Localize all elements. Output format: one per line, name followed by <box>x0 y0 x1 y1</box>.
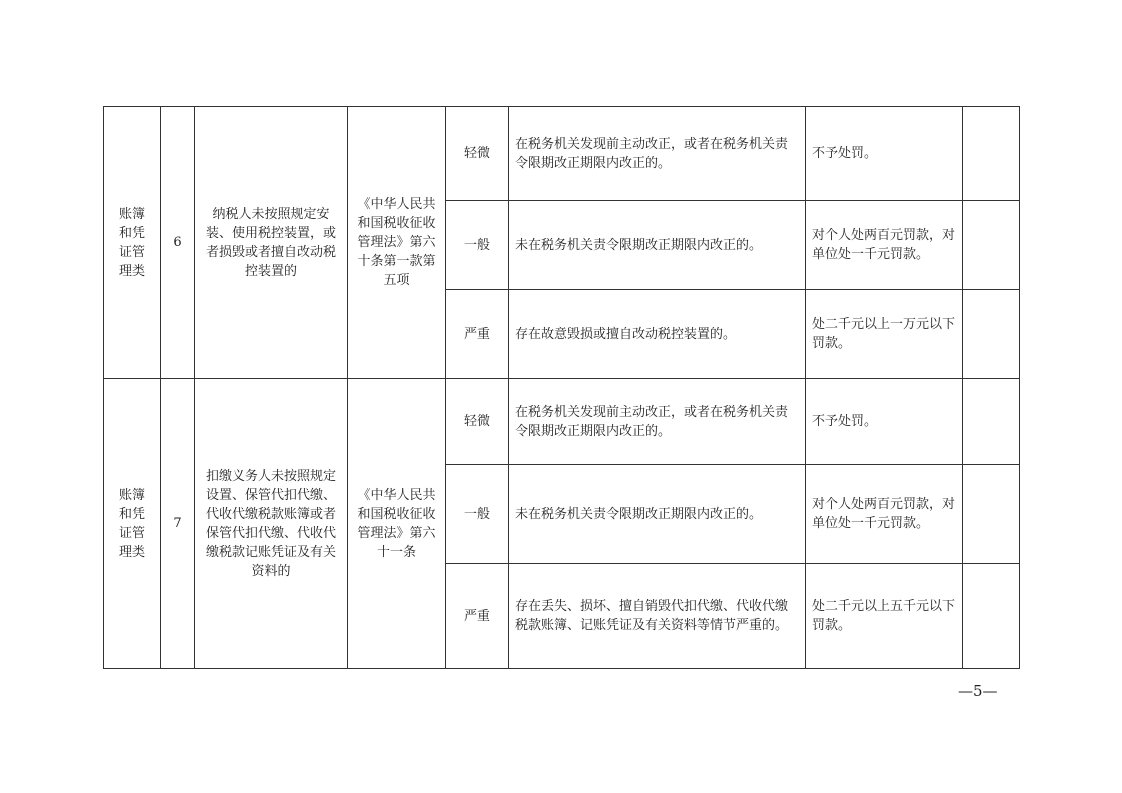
severity-condition: 在税务机关发现前主动改正，或者在税务机关责令限期改正期限内改正的。 <box>509 107 806 201</box>
table-row: 账簿 和凭 证管 理类 6 纳税人未按照规定安装、使用税控装置，或者损毁或者擅自… <box>104 107 1020 201</box>
note-cell <box>963 379 1020 465</box>
page-number: —5— <box>958 682 998 700</box>
note-cell <box>963 564 1020 669</box>
legal-basis: 《中华人民共和国税收征收管理法》第六十条第一款第五项 <box>348 107 446 379</box>
legal-basis: 《中华人民共和国税收征收管理法》第六十一条 <box>348 379 446 669</box>
severity-level: 轻微 <box>446 107 509 201</box>
severity-condition: 存在故意毁损或擅自改动税控装置的。 <box>509 290 806 379</box>
item-number: 6 <box>161 107 195 379</box>
penalty-standard: 对个人处两百元罚款，对单位处一千元罚款。 <box>806 465 963 564</box>
table-row: 账簿 和凭 证管 理类 7 扣缴义务人未按照规定设置、保管代扣代缴、代收代缴税款… <box>104 379 1020 465</box>
severity-level: 一般 <box>446 201 509 290</box>
severity-level: 严重 <box>446 564 509 669</box>
severity-condition: 存在丢失、损坏、擅自销毁代扣代缴、代收代缴税款账簿、记账凭证及有关资料等情节严重… <box>509 564 806 669</box>
note-cell <box>963 290 1020 379</box>
violation-description: 扣缴义务人未按照规定设置、保管代扣代缴、代收代缴税款账簿或者保管代扣代缴、代收代… <box>195 379 348 669</box>
severity-condition: 未在税务机关责令限期改正期限内改正的。 <box>509 201 806 290</box>
note-cell <box>963 107 1020 201</box>
penalty-standards-table: 账簿 和凭 证管 理类 6 纳税人未按照规定安装、使用税控装置，或者损毁或者擅自… <box>103 106 1020 669</box>
category-cell: 账簿 和凭 证管 理类 <box>104 107 161 379</box>
penalty-standard: 处二千元以上五千元以下罚款。 <box>806 564 963 669</box>
penalty-standard: 不予处罚。 <box>806 379 963 465</box>
penalty-standard: 不予处罚。 <box>806 107 963 201</box>
severity-condition: 在税务机关发现前主动改正，或者在税务机关责令限期改正期限内改正的。 <box>509 379 806 465</box>
note-cell <box>963 465 1020 564</box>
note-cell <box>963 201 1020 290</box>
severity-condition: 未在税务机关责令限期改正期限内改正的。 <box>509 465 806 564</box>
penalty-standard: 对个人处两百元罚款，对单位处一千元罚款。 <box>806 201 963 290</box>
violation-description: 纳税人未按照规定安装、使用税控装置，或者损毁或者擅自改动税控装置的 <box>195 107 348 379</box>
item-number: 7 <box>161 379 195 669</box>
severity-level: 一般 <box>446 465 509 564</box>
severity-level: 轻微 <box>446 379 509 465</box>
severity-level: 严重 <box>446 290 509 379</box>
penalty-standard: 处二千元以上一万元以下罚款。 <box>806 290 963 379</box>
category-cell: 账簿 和凭 证管 理类 <box>104 379 161 669</box>
